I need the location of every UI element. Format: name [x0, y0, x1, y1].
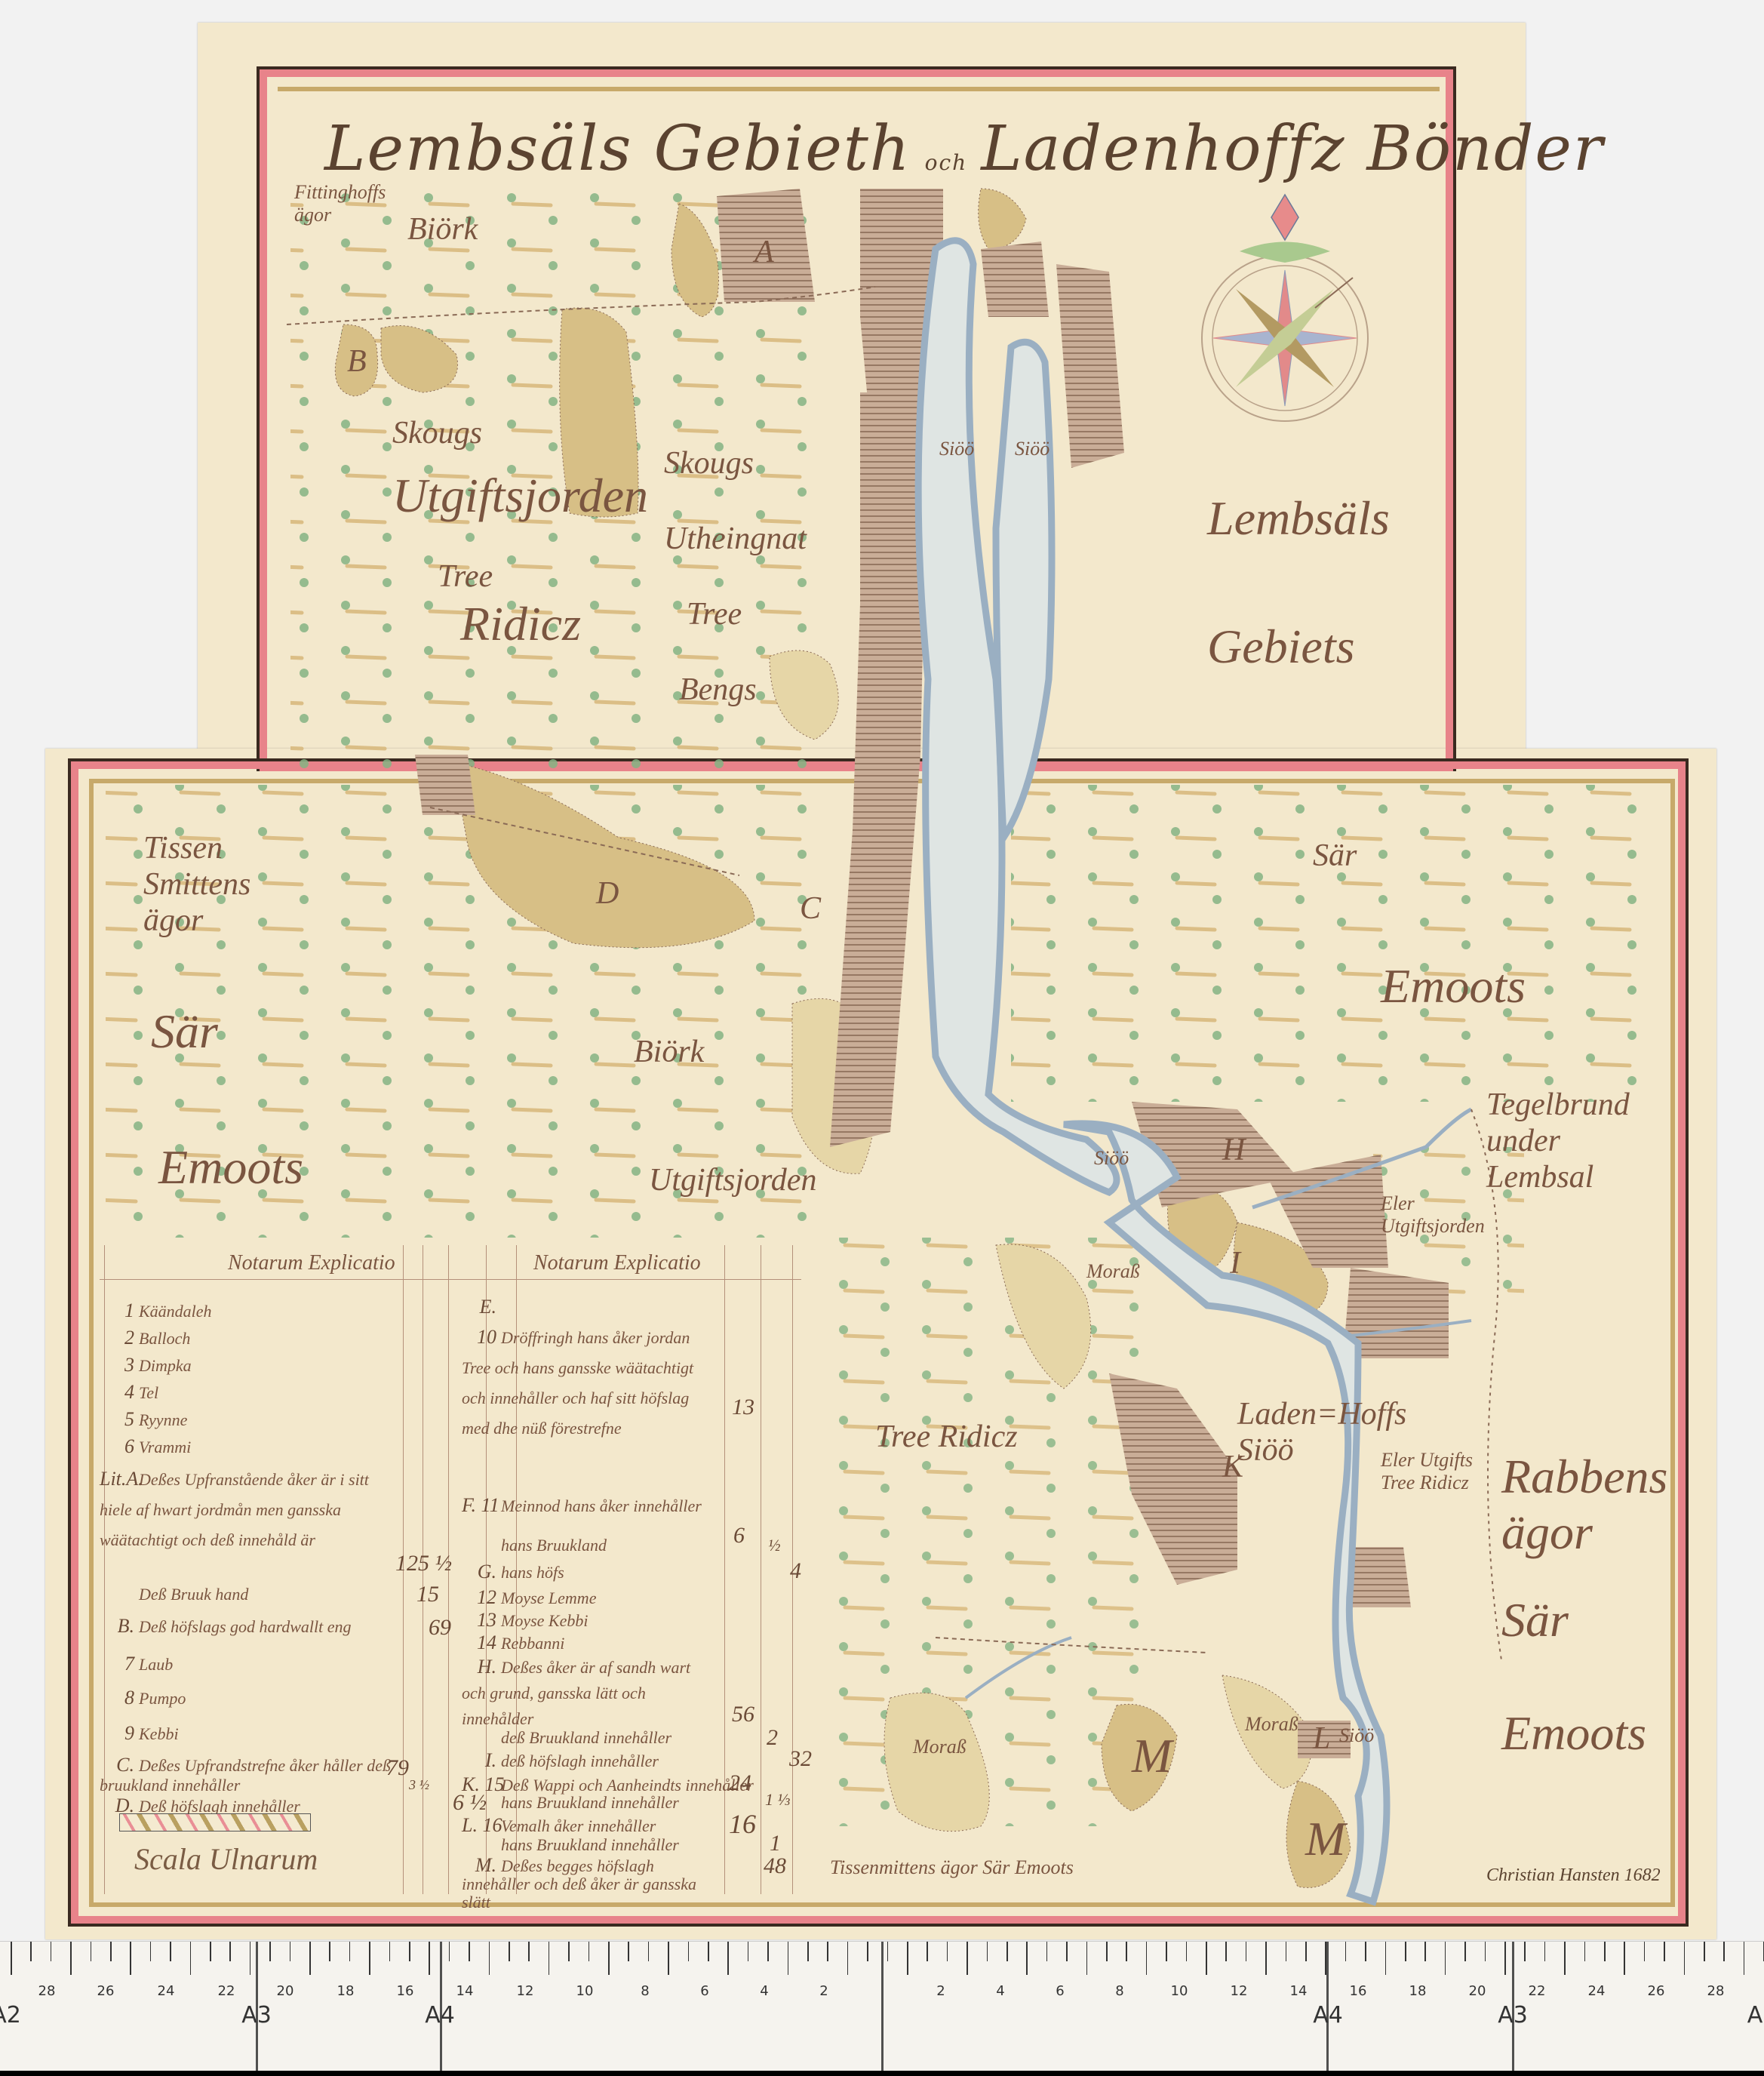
legend-key: 13: [462, 1609, 496, 1632]
legend-row: 5Ryynne: [100, 1408, 187, 1431]
legend-header-left: Notarum Explicatio: [228, 1251, 395, 1275]
parcel-letter-i: I: [1230, 1245, 1240, 1281]
ruler-tick: [788, 1942, 789, 1975]
ruler-tick: [1424, 1942, 1426, 1961]
legend-text: Dröffringh hans åker jordan Tree och han…: [462, 1328, 693, 1438]
ruler-tick: [1544, 1942, 1546, 1961]
ruler-tick: [1504, 1942, 1506, 1975]
place-label-tissenmittens-agor: Tissenmittens ägor Sär Emoots: [830, 1856, 1074, 1879]
place-label-utgiftsjorden-s: Utgiftsjorden: [649, 1162, 816, 1198]
map-title: Lembsäls GebiethochLadenhoffz Bönder: [324, 113, 1604, 185]
legend-text: Moyse Lemme: [501, 1589, 596, 1607]
place-label-eler-utgifts-tree: Eler Utgifts Tree Ridicz: [1381, 1449, 1479, 1494]
legend-key: M.: [462, 1856, 496, 1875]
lake-label-4: Siöö: [1339, 1724, 1374, 1747]
ruler-number: 4: [760, 1983, 768, 1999]
place-label-bengs: Bengs: [679, 672, 757, 708]
place-label-biork-n: Biörk: [407, 211, 478, 248]
legend-row: 1Käändaleh: [100, 1299, 212, 1322]
ruler-number: 20: [277, 1983, 294, 1999]
legend-value: 4: [790, 1558, 801, 1584]
ruler-tick: [727, 1942, 729, 1975]
place-label-skougs-w: Skougs: [392, 415, 482, 451]
legend-key: H.: [462, 1654, 496, 1680]
legend-text: hans Bruukland innehåller: [501, 1793, 679, 1812]
ruler-format-label: A4: [1313, 2002, 1343, 2028]
ruler-tick: [1305, 1942, 1307, 1961]
legend-text: Deß Bruuk hand: [139, 1585, 248, 1604]
legend-value: 16: [729, 1808, 756, 1840]
legend-key: 1: [100, 1299, 134, 1322]
ruler-number: 14: [1290, 1983, 1308, 1999]
ruler-tick: [1186, 1942, 1188, 1961]
legend-key: I.: [462, 1749, 496, 1772]
legend-value: 1: [770, 1831, 781, 1856]
legend-value: 3 ½: [409, 1777, 429, 1793]
legend-text: Balloch: [139, 1329, 190, 1348]
scale-label: Scala Ulnarum: [134, 1841, 318, 1877]
legend-row: L. 16Vemalh åker innehåller: [462, 1814, 656, 1837]
ruler-tick: [1604, 1942, 1606, 1961]
ruler-tick: [1723, 1942, 1725, 1961]
place-label-utgiftsjorden-n: Utgiftsjorden: [392, 468, 648, 524]
legend-row: I.deß höfslagh innehåller: [462, 1749, 659, 1772]
place-label-rabbens-agor: Rabbens ägor: [1501, 1449, 1667, 1561]
ruler-tick: [1126, 1942, 1127, 1961]
ruler-tick: [1046, 1942, 1048, 1961]
lake-label-2: Siöö: [1015, 438, 1049, 460]
legend-value: 24: [729, 1770, 751, 1796]
scan-edge: [0, 2071, 1764, 2076]
map-title-part1: Lembsäls Gebieth: [324, 113, 911, 185]
parcel-letter-b: B: [347, 343, 367, 380]
ruler-tick: [867, 1942, 868, 1961]
ruler-tick: [250, 1942, 251, 1975]
ruler-number: 24: [158, 1983, 175, 1999]
ruler-tick: [1225, 1942, 1227, 1961]
ruler-format-label: A: [1747, 2002, 1763, 2028]
parcel-letter-d: D: [596, 875, 619, 912]
place-label-gebiets: Gebiets: [1207, 619, 1355, 675]
ruler-number: 2: [819, 1983, 828, 1999]
map-title-part2: Ladenhoffz Bönder: [981, 113, 1604, 185]
place-label-sar-ne: Sär: [1313, 838, 1357, 874]
ruler-tick: [688, 1942, 690, 1961]
ruler-tick: [70, 1942, 72, 1975]
ruler-format-label: A3: [241, 2002, 272, 2028]
legend-text: Meinnod hans åker innehåller: [501, 1496, 702, 1515]
ruler-tick: [987, 1942, 988, 1961]
legend-text: Vrammi: [139, 1438, 191, 1456]
legend-value: 69: [429, 1615, 451, 1641]
ruler-tick: [30, 1942, 32, 1961]
ruler-tick: [1644, 1942, 1646, 1961]
legend-row: 4Tel: [100, 1381, 158, 1404]
ruler-tick: [349, 1942, 351, 1961]
ruler-tick: [528, 1942, 530, 1961]
map-title-conjunction: och: [925, 150, 968, 175]
ruler-tick: [429, 1942, 430, 1975]
legend-row: 8Pumpo: [100, 1687, 186, 1709]
ruler-tick: [190, 1942, 192, 1975]
ruler-tick: [1265, 1942, 1267, 1975]
ruler-tick: [1006, 1942, 1008, 1961]
ruler-number: 20: [1469, 1983, 1486, 1999]
legend-text: hans höfs: [501, 1563, 564, 1582]
ruler-tick: [1524, 1942, 1526, 1961]
place-label-fittinghoffs: Fittinghoffs ägor: [294, 181, 355, 226]
legend-key: G.: [462, 1561, 496, 1583]
legend-text: hans Bruukland innehåller: [501, 1835, 679, 1854]
legend-col-rule: [761, 1245, 761, 1894]
place-label-emoots-ne: Emoots: [1381, 958, 1526, 1014]
ruler-number: 6: [700, 1983, 708, 1999]
ruler-tick: [767, 1942, 769, 1961]
legend-key: 9: [100, 1722, 134, 1745]
place-label-ridicz-n: Ridicz: [460, 596, 581, 652]
legend-text: Kebbi: [139, 1724, 179, 1743]
legend-value: ½: [768, 1536, 781, 1555]
legend-row: deß Bruukland innehåller: [462, 1728, 671, 1748]
ruler-tick: [1445, 1942, 1446, 1975]
legend-value: 56: [732, 1702, 754, 1727]
ruler-number: 18: [337, 1983, 355, 1999]
ruler-tick: [91, 1942, 92, 1961]
ruler-tick: [1345, 1942, 1347, 1961]
legend-row: Lit.A.Deßes Upfranstående åker är i sitt…: [100, 1464, 401, 1555]
parcel-letter-a: A: [754, 234, 774, 270]
legend-text: hans Bruukland: [501, 1536, 607, 1555]
ruler-tick: [1385, 1942, 1387, 1975]
legend-value: 15: [416, 1582, 439, 1607]
marsh-label-1: Moraß: [913, 1736, 967, 1758]
legend-row: hans Bruukland innehåller: [462, 1835, 679, 1855]
legend-key: 3: [100, 1354, 134, 1376]
lake-label-1: Siöö: [939, 438, 974, 460]
ruler-tick: [1704, 1942, 1705, 1961]
ruler-tick: [11, 1942, 12, 1975]
ruler-tick: [1624, 1942, 1625, 1975]
ruler-tick: [269, 1942, 271, 1961]
parcel-letter-k: K: [1222, 1449, 1243, 1485]
ruler-tick: [549, 1942, 550, 1975]
ruler-tick: [51, 1942, 52, 1961]
place-label-eler-utgiftsjorden: Eler Utgiftsjorden: [1381, 1192, 1479, 1238]
legend-text: Käändaleh: [139, 1302, 212, 1321]
ruler-tick: [568, 1942, 570, 1961]
legend-text: Vemalh åker innehåller: [501, 1816, 656, 1835]
ruler-number: 12: [1231, 1983, 1248, 1999]
legend-value: 6: [733, 1523, 745, 1549]
place-label-emoots-se: Emoots: [1501, 1705, 1646, 1761]
ruler-tick: [329, 1942, 330, 1961]
ruler-tick: [967, 1942, 968, 1975]
legend-row: 13Moyse Kebbi: [462, 1609, 588, 1632]
place-label-utheingnat: Utheingnat: [664, 521, 807, 557]
place-label-ladenhoffs-sioo: Laden=Hoffs Siöö: [1237, 1396, 1343, 1469]
legend-text: deß höfslagh innehåller: [501, 1752, 659, 1770]
legend-row: 3Dimpka: [100, 1354, 192, 1376]
ruler-tick: [110, 1942, 112, 1961]
place-label-lembsals: Lembsäls: [1207, 491, 1390, 546]
legend-value: 79: [386, 1755, 409, 1781]
ruler-tick: [1365, 1942, 1366, 1961]
ruler-tick: [628, 1942, 629, 1961]
ruler-number: 8: [641, 1983, 649, 1999]
ruler-tick: [309, 1942, 311, 1975]
legend-key: 4: [100, 1381, 134, 1404]
ruler-tick: [907, 1942, 908, 1975]
legend-row: B.Deß höfslags god hardwallt eng: [100, 1615, 352, 1638]
legend-text: Pumpo: [139, 1689, 186, 1708]
place-label-biork-s: Biörk: [634, 1034, 704, 1070]
ruler-number: 22: [1529, 1983, 1546, 1999]
legend-header-rule: [100, 1279, 801, 1280]
legend-row: 7Laub: [100, 1653, 173, 1675]
legend-value: 2: [767, 1725, 778, 1751]
ruler-tick: [1206, 1942, 1207, 1975]
ruler-tick: [708, 1942, 709, 1961]
ruler-tick: [1405, 1942, 1406, 1961]
legend-row: 2Balloch: [100, 1327, 190, 1349]
ruler-tick: [290, 1942, 291, 1961]
ruler-tick: [1086, 1942, 1088, 1975]
ruler-tick: [1286, 1942, 1287, 1961]
ruler-tick: [369, 1942, 370, 1975]
ruler-number: 12: [517, 1983, 534, 1999]
legend-value: 32: [789, 1746, 812, 1772]
ruler-tick: [947, 1942, 948, 1961]
ruler-tick: [1106, 1942, 1108, 1961]
ruler-tick: [847, 1942, 849, 1975]
legend-value: 48: [764, 1853, 786, 1879]
ruler-number: 22: [218, 1983, 235, 1999]
legend-row: hans Bruukland: [462, 1536, 607, 1555]
ruler-number: 18: [1409, 1983, 1427, 1999]
ruler-tick: [1066, 1942, 1068, 1961]
ruler-tick: [1664, 1942, 1665, 1961]
legend-text: deß Bruukland innehåller: [501, 1728, 671, 1747]
ruler-tick: [389, 1942, 391, 1961]
ruler-tick: [1026, 1942, 1028, 1975]
ruler-tick: [1166, 1942, 1167, 1961]
ruler-number: 28: [1707, 1983, 1725, 1999]
ruler-tick: [748, 1942, 749, 1961]
legend-key: 2: [100, 1327, 134, 1349]
ruler-tick: [150, 1942, 152, 1961]
ruler-number: 2: [936, 1983, 945, 1999]
legend-row: 12Moyse Lemme: [462, 1586, 596, 1609]
place-label-tissen-smittens: Tissen Smittens ägor: [143, 830, 317, 939]
legend-row: F. 11Meinnod hans åker innehåller: [462, 1494, 702, 1517]
legend-key: 14: [462, 1632, 496, 1654]
parcel-letter-h: H: [1222, 1132, 1245, 1168]
scale-bar: [119, 1813, 311, 1831]
ruler-tick: [1325, 1942, 1326, 1975]
legend-text: Deßes Upfrandstrefne åker håller deß bru…: [100, 1756, 391, 1795]
legend-col-rule: [724, 1245, 725, 1894]
ruler-tick: [1684, 1942, 1686, 1975]
ruler-number: 10: [576, 1983, 594, 1999]
ruler-center-mark: [881, 1942, 884, 2071]
ruler-number: 10: [1171, 1983, 1188, 1999]
marsh-label-3: Moraß: [1245, 1713, 1298, 1736]
legend-value: 13: [732, 1395, 754, 1420]
legend-key: 12: [462, 1586, 496, 1609]
ruler-tick: [449, 1942, 450, 1961]
ruler-tick: [509, 1942, 510, 1961]
ruler-tick: [1744, 1942, 1745, 1975]
place-label-tegelbrund: Tegelbrund under Lembsal: [1486, 1087, 1667, 1195]
place-label-tree-e: Tree: [687, 596, 742, 632]
ruler-tick: [1485, 1942, 1486, 1961]
ruler-tick: [130, 1942, 131, 1975]
ruler-tick: [1564, 1942, 1566, 1975]
legend-value: 125 ½: [395, 1551, 452, 1576]
ruler-number: 28: [38, 1983, 56, 1999]
legend-key: B.: [100, 1615, 134, 1638]
ruler-number: 26: [1648, 1983, 1665, 1999]
ruler-number: 14: [456, 1983, 474, 1999]
ruler-tick: [1464, 1942, 1466, 1961]
legend-key: 5: [100, 1408, 134, 1431]
ruler-tick: [648, 1942, 650, 1961]
ruler-number: 8: [1115, 1983, 1123, 1999]
ruler-number: 24: [1588, 1983, 1606, 1999]
legend-row: 9Kebbi: [100, 1722, 179, 1745]
legend-text: Ryynne: [139, 1410, 187, 1429]
legend-row: Deß Bruuk hand: [100, 1585, 248, 1604]
legend-text: Dimpka: [139, 1356, 192, 1375]
legend-text: Deß höfslags god hardwallt eng: [139, 1617, 352, 1636]
legend-row: hans Bruukland innehåller: [462, 1793, 679, 1813]
ruler-tick: [210, 1942, 211, 1961]
parcel-letter-m-2: M: [1305, 1811, 1345, 1867]
ruler-tick: [807, 1942, 809, 1961]
ruler-tick: [229, 1942, 231, 1961]
legend-text: Laub: [139, 1655, 173, 1674]
legend-key: F. 11: [462, 1494, 496, 1517]
ruler-number: 4: [996, 1983, 1004, 1999]
ruler-number: 16: [1350, 1983, 1367, 1999]
ruler-format-label: A3: [1498, 2002, 1528, 2028]
ruler-tick: [409, 1942, 410, 1961]
legend-row: M.Deßes begges höfslagh innehåller och d…: [462, 1856, 718, 1911]
ruler-tick: [927, 1942, 928, 1961]
ruler-number: 6: [1056, 1983, 1064, 1999]
ruler-tick: [827, 1942, 828, 1961]
compass-rose-icon: [1202, 195, 1368, 421]
ruler-tick: [170, 1942, 171, 1961]
ruler-tick: [608, 1942, 610, 1975]
ruler-tick: [489, 1942, 490, 1975]
place-label-tree-n: Tree: [438, 558, 493, 595]
legend-row: C.Deßes Upfrandstrefne åker håller deß b…: [100, 1755, 401, 1795]
legend-row: 14Rebbanni: [462, 1632, 564, 1654]
legend-key: 8: [100, 1687, 134, 1709]
parcel-letter-c: C: [800, 890, 821, 927]
legend-key: Lit.A.: [100, 1464, 134, 1494]
cartographer-signature: Christian Hansten 1682: [1486, 1865, 1661, 1886]
ruler-tick: [589, 1942, 590, 1961]
legend-row: E. 10Dröffringh hans åker jordan Tree oc…: [462, 1292, 718, 1444]
measuring-ruler: 28 26 24 22 20 18 16 14 12 10 8 6 4 2 2 …: [0, 1941, 1764, 2071]
ruler-format-label: A2: [0, 2002, 21, 2028]
legend-key: L. 16: [462, 1814, 496, 1837]
place-label-skougs-e: Skougs: [664, 445, 754, 481]
legend-text: Moyse Kebbi: [501, 1611, 588, 1630]
place-label-sar-se: Sär: [1501, 1592, 1569, 1648]
ruler-format-label: A4: [425, 2002, 455, 2028]
ruler-tick: [469, 1942, 470, 1961]
lake-label-3: Siöö: [1094, 1147, 1129, 1170]
legend-text: Deßes Upfranstående åker är i sitt hiele…: [100, 1470, 369, 1549]
legend-text: Deß Wappi och Aanheindts innehåller: [501, 1776, 754, 1795]
ruler-tick: [1584, 1942, 1586, 1961]
ruler-tick: [887, 1942, 889, 1961]
ruler-tick: [668, 1942, 669, 1975]
legend-key: C.: [100, 1755, 134, 1775]
legend-table: Notarum Explicatio Notarum Explicatio 1K…: [100, 1245, 801, 1894]
ruler-tick: [1146, 1942, 1148, 1975]
legend-value: 1 ⅓: [765, 1790, 790, 1810]
legend-text: Rebbanni: [501, 1634, 564, 1653]
legend-key: E. 10: [462, 1292, 496, 1352]
parcel-letter-l: L: [1313, 1721, 1330, 1757]
place-label-emoots-w: Emoots: [158, 1139, 303, 1195]
place-label-tree-ridicz-s: Tree Ridicz: [875, 1419, 1018, 1455]
legend-key: 7: [100, 1653, 134, 1675]
legend-key: 6: [100, 1435, 134, 1458]
ruler-tick: [1246, 1942, 1247, 1961]
legend-row: 6Vrammi: [100, 1435, 191, 1458]
legend-row: G.hans höfs: [462, 1561, 564, 1583]
parcel-letter-m: M: [1132, 1728, 1172, 1784]
legend-text: Deßes begges höfslagh innehåller och deß…: [462, 1856, 696, 1911]
legend-row: H.Deßes åker är af sandh wart och grund,…: [462, 1654, 718, 1732]
place-label-sar-w: Sär: [151, 1004, 218, 1060]
legend-header-right: Notarum Explicatio: [533, 1251, 701, 1275]
marsh-label-2: Moraß: [1086, 1260, 1140, 1283]
legend-text: Tel: [139, 1383, 158, 1402]
ruler-number: 16: [397, 1983, 414, 1999]
ruler-number: 26: [97, 1983, 115, 1999]
